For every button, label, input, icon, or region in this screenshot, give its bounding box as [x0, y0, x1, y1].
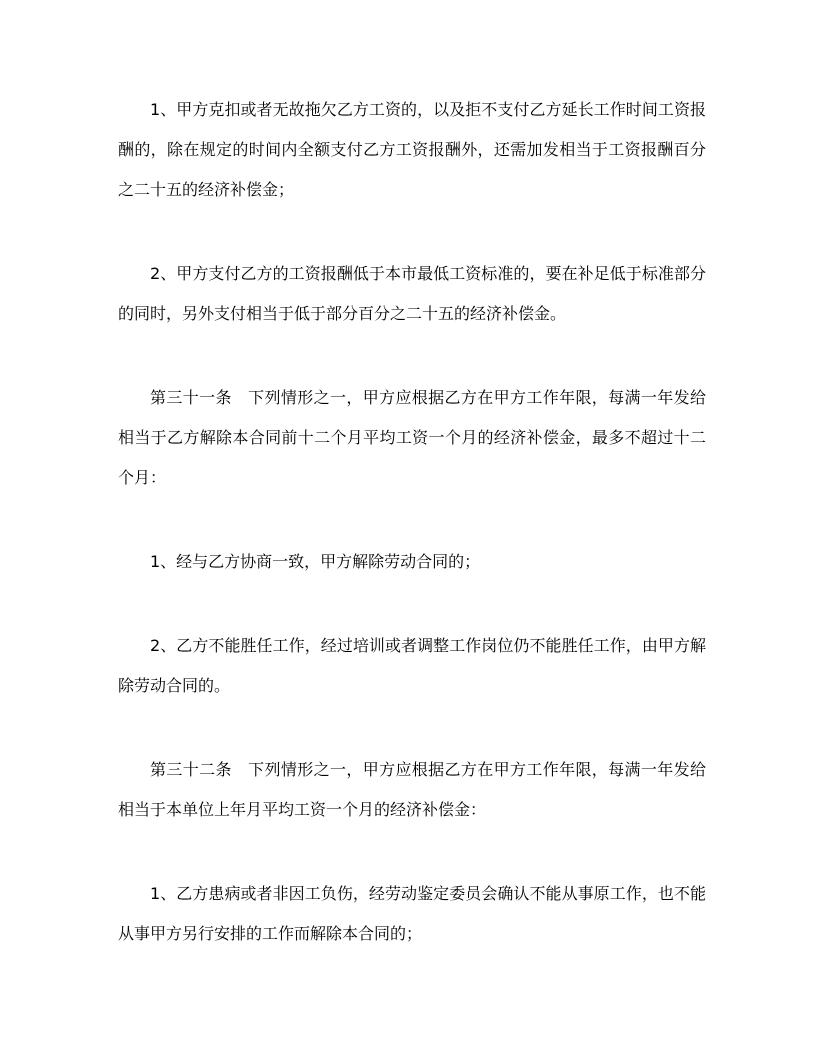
- paragraph-clause-below-minimum-wage: 2、甲方支付乙方的工资报酬低于本市最低工资标准的，要在补足低于标准部分的同时，另…: [118, 254, 706, 334]
- paragraph-article-31-item-1: 1、经与乙方协商一致，甲方解除劳动合同的；: [118, 542, 706, 582]
- paragraph-clause-wage-arrears: 1、甲方克扣或者无故拖欠乙方工资的，以及拒不支付乙方延长工作时间工资报酬的，除在…: [118, 90, 706, 210]
- paragraph-article-32: 第三十二条 下列情形之一，甲方应根据乙方在甲方工作年限，每满一年发给相当于本单位…: [118, 750, 706, 830]
- paragraph-article-32-item-1: 1、乙方患病或者非因工负伤，经劳动鉴定委员会确认不能从事原工作，也不能从事甲方另…: [118, 874, 706, 954]
- paragraph-article-31-item-2: 2、乙方不能胜任工作，经过培训或者调整工作岗位仍不能胜任工作，由甲方解除劳动合同…: [118, 626, 706, 706]
- document-page: 1、甲方克扣或者无故拖欠乙方工资的，以及拒不支付乙方延长工作时间工资报酬的，除在…: [0, 0, 816, 1056]
- paragraph-article-31: 第三十一条 下列情形之一，甲方应根据乙方在甲方工作年限，每满一年发给相当于乙方解…: [118, 378, 706, 498]
